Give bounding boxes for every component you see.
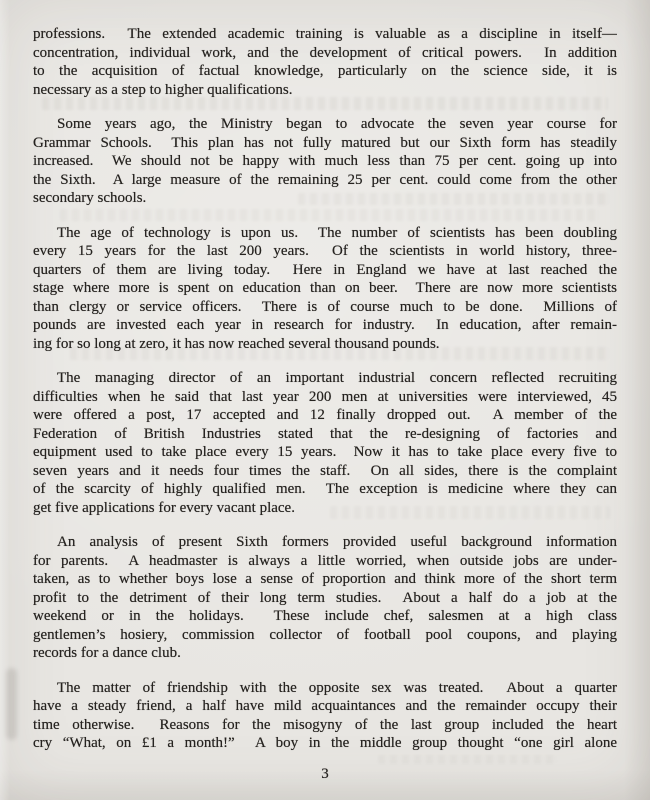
text-line: stage where more is spent on education t… (33, 279, 617, 298)
paragraph-4: The managing director of an important in… (33, 369, 617, 517)
text-line: gentlemen’s hosiery, commission collecto… (33, 626, 617, 645)
text-line: The matter of friendship with the opposi… (33, 679, 617, 698)
text-line: every 15 years for the last 200 years. O… (33, 242, 617, 261)
text-line: cry “What, on £1 a month!” A boy in the … (33, 734, 617, 753)
text-line: professions. The extended academic train… (33, 25, 617, 44)
text-line: concentration, individual work, and the … (33, 44, 617, 63)
text-line: of the scarcity of highly qualified men.… (33, 480, 617, 499)
paragraph-5: An analysis of present Sixth formers pro… (33, 533, 617, 663)
scan-smudge (6, 668, 17, 740)
page-text: professions. The extended academic train… (33, 25, 617, 769)
text-line: The age of technology is upon us. The nu… (33, 224, 617, 243)
text-line: than clergy or service officers. There i… (33, 298, 617, 317)
text-line: An analysis of present Sixth formers pro… (33, 533, 617, 552)
text-line: have a steady friend, a half have mild a… (33, 697, 617, 716)
text-line: time otherwise. Reasons for the misogyny… (33, 716, 617, 735)
text-line: Federation of British Industries stated … (33, 425, 617, 444)
text-line: records for a dance club. (33, 644, 617, 663)
text-line: weekend or in the holidays. These includ… (33, 607, 617, 626)
text-line: Grammar Schools. This plan has not fully… (33, 134, 617, 153)
text-line: The managing director of an important in… (33, 369, 617, 388)
text-line: were offered a post, 17 accepted and 12 … (33, 406, 617, 425)
text-line: increased. We should not be happy with m… (33, 152, 617, 171)
text-line: to the acquisition of factual knowledge,… (33, 62, 617, 81)
paragraph-3: The age of technology is upon us. The nu… (33, 224, 617, 354)
text-line: necessary as a step to higher qualificat… (33, 81, 617, 100)
page-number: 3 (0, 765, 650, 783)
text-line: quarters of them are living today. Here … (33, 261, 617, 280)
text-line: seven years and it needs four times the … (33, 462, 617, 481)
text-line: ing for so long at zero, it has now reac… (33, 335, 617, 354)
text-line: equipment used to take place every 15 ye… (33, 443, 617, 462)
text-line: profit to the detriment of their long te… (33, 589, 617, 608)
text-line: pounds are invested each year in researc… (33, 316, 617, 335)
text-line: get five applications for every vacant p… (33, 499, 617, 518)
text-line: taken, as to whether boys lose a sense o… (33, 570, 617, 589)
text-line: for parents. A headmaster is always a li… (33, 552, 617, 571)
text-line: the Sixth. A large measure of the remain… (33, 171, 617, 190)
text-line: Some years ago, the Ministry began to ad… (33, 115, 617, 134)
scanned-page: professions. The extended academic train… (0, 0, 650, 800)
paragraph-6: The matter of friendship with the opposi… (33, 679, 617, 753)
paragraph-1: professions. The extended academic train… (33, 25, 617, 99)
text-line: difficulties when he said that last year… (33, 388, 617, 407)
paragraph-2: Some years ago, the Ministry began to ad… (33, 115, 617, 208)
text-line: secondary schools. (33, 189, 617, 208)
